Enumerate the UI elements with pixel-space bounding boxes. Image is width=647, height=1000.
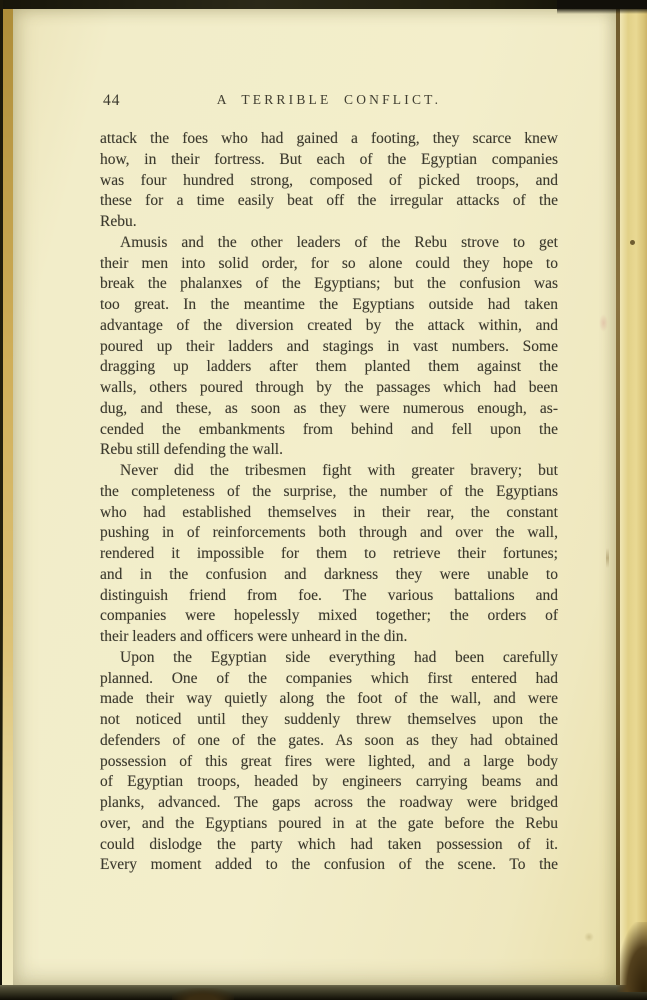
text-line: could dislodge the party which had taken…: [100, 835, 558, 856]
scan-edge-bottom-right: [617, 922, 647, 992]
book-page: 44 A TERRIBLE CONFLICT. attack the foes …: [13, 8, 616, 986]
text-line: Amusis and the other leaders of the Rebu…: [100, 233, 558, 254]
text-line: their men into solid order, for so alone…: [100, 254, 558, 275]
text-line: poured up their ladders and stagings in …: [100, 337, 558, 358]
scan-speck: [630, 240, 635, 245]
text-line: cended the embankments from behind and f…: [100, 420, 558, 441]
text-line: Upon the Egyptian side everything had be…: [100, 648, 558, 669]
paragraph: Upon the Egyptian side everything had be…: [100, 648, 558, 876]
text-line: too great. In the meantime the Egyptians…: [100, 295, 558, 316]
page-number: 44: [103, 92, 121, 110]
text-line: the completeness of the surprise, the nu…: [100, 482, 558, 503]
page-text-block: 44 A TERRIBLE CONFLICT. attack the foes …: [100, 92, 558, 876]
text-line: planned. One of the companies which firs…: [100, 669, 558, 690]
page-text: attack the foes who had gained a footing…: [100, 129, 558, 876]
scan-streak: [606, 548, 609, 568]
running-header: A TERRIBLE CONFLICT.: [100, 92, 558, 108]
text-line: how, in their fortress. But each of the …: [100, 150, 558, 171]
scanned-book-page: { "page": { "number": "44", "running_hea…: [0, 0, 647, 1000]
scan-edge-top: [0, 0, 647, 9]
text-line: rendered it impossible for them to retri…: [100, 544, 558, 565]
scan-edge-bottom: [0, 985, 647, 1000]
text-line: over, and the Egyptians poured in at the…: [100, 814, 558, 835]
text-line: Every moment added to the confusion of t…: [100, 855, 558, 876]
scan-blemish: [172, 988, 234, 1000]
text-line: dug, and these, as soon as they were num…: [100, 399, 558, 420]
text-line: dragging up ladders after them planted t…: [100, 357, 558, 378]
scan-edge-top-right: [557, 0, 647, 14]
scan-smudge: [599, 314, 608, 332]
running-head-row: 44 A TERRIBLE CONFLICT.: [100, 92, 558, 110]
text-line: distinguish friend from foe. The various…: [100, 586, 558, 607]
paragraph: attack the foes who had gained a footing…: [100, 129, 558, 233]
paragraph: Never did the tribesmen fight with great…: [100, 461, 558, 648]
text-line: attack the foes who had gained a footing…: [100, 129, 558, 150]
text-line: was four hundred strong, composed of pic…: [100, 171, 558, 192]
text-line: break the phalanxes of the Egyptians; bu…: [100, 274, 558, 295]
text-line: made their way quietly along the foot of…: [100, 689, 558, 710]
scan-edge-left: [0, 0, 3, 1000]
text-line: Rebu still defending the wall.: [100, 440, 558, 461]
text-line: defenders of one of the gates. As soon a…: [100, 731, 558, 752]
text-line: not noticed until they suddenly threw th…: [100, 710, 558, 731]
text-line: these for a time easily beat off the irr…: [100, 191, 558, 212]
paragraph: Amusis and the other leaders of the Rebu…: [100, 233, 558, 461]
text-line: Never did the tribesmen fight with great…: [100, 461, 558, 482]
paper-stain: [584, 932, 594, 942]
text-line: pushing in of reinforcements both throug…: [100, 523, 558, 544]
next-page-leaf-edge: [620, 0, 647, 1000]
page-fold-line: [616, 0, 620, 1000]
text-line: possession of this great fires were ligh…: [100, 752, 558, 773]
text-line: and in the confusion and darkness they w…: [100, 565, 558, 586]
text-line: planks, advanced. The gaps across the ro…: [100, 793, 558, 814]
text-line: Rebu.: [100, 212, 558, 233]
text-line: who had established themselves in their …: [100, 503, 558, 524]
text-line: companies were hopelessly mixed together…: [100, 606, 558, 627]
text-line: advantage of the diversion created by th…: [100, 316, 558, 337]
text-line: their leaders and officers were unheard …: [100, 627, 558, 648]
text-line: of Egyptian troops, headed by engineers …: [100, 772, 558, 793]
text-line: walls, others poured through by the pass…: [100, 378, 558, 399]
